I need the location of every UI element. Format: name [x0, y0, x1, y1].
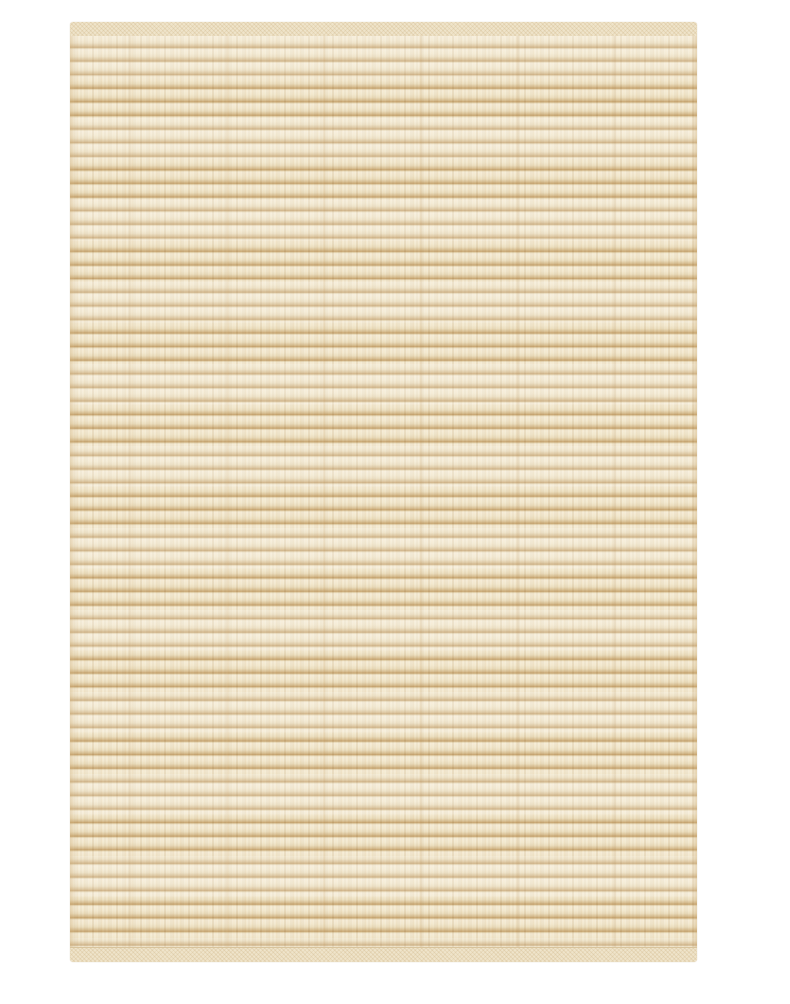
rug-right-edge — [691, 36, 697, 948]
rug-image — [70, 22, 697, 962]
rug-bottom-binding — [70, 947, 697, 962]
product-image-canvas — [0, 0, 790, 1004]
rug-patch-variation — [70, 36, 697, 948]
rug-top-binding — [70, 22, 697, 37]
rug-left-edge — [70, 36, 76, 948]
